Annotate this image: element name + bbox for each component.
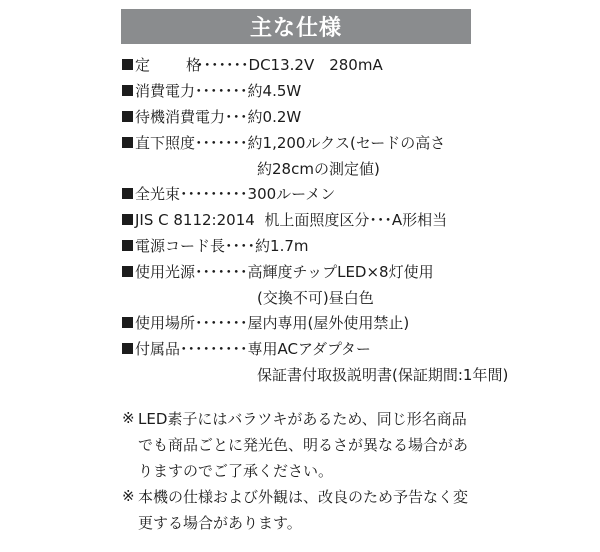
note-line: でも商品ごとに発光色、明るさが異なる場合があ (122, 431, 592, 457)
spec-value: 300ルーメン (248, 183, 336, 204)
reference-mark-icon: ※ (122, 409, 138, 427)
section-title: 主な仕様 (250, 11, 342, 42)
square-bullet-icon (122, 59, 133, 70)
note-text: 本機の仕様および外観は、改良のため予告なく変 (138, 486, 468, 507)
square-bullet-icon (122, 137, 133, 148)
note-line: 更する場合があります。 (122, 509, 592, 535)
spec-row-accessories: 付属品 ･････････ 専用ACアダプター (122, 336, 592, 362)
spec-value: 約4.5W (248, 80, 302, 101)
leader-dots: ･･･････ (195, 80, 248, 101)
spec-label: 使用光源 (135, 261, 195, 282)
note-line: ※ 本機の仕様および外観は、改良のため予告なく変 (122, 483, 592, 509)
square-bullet-icon (122, 111, 133, 122)
spec-label: 待機消費電力 (135, 106, 225, 127)
spec-row-standby-power: 待機消費電力 ･･･ 約0.2W (122, 104, 592, 130)
square-bullet-icon (122, 188, 133, 199)
leader-dots: ･･･ (369, 209, 392, 230)
spec-list: 定格 ･･･････ DC13.2V 280mA 消費電力 ･･･････ 約4… (122, 52, 592, 387)
spec-label: 消費電力 (135, 80, 195, 101)
spec-continuation: 保証書付取扱説明書(保証期間:1年間) (122, 362, 592, 388)
spec-value: 約1.7m (255, 235, 308, 256)
spec-value-continuation: 約28cmの測定値) (257, 158, 380, 179)
note-text: でも商品ごとに発光色、明るさが異なる場合があ (138, 434, 468, 455)
leader-dots: ･･･････ (195, 132, 248, 153)
spec-value-continuation: (交換不可)昼白色 (257, 287, 374, 308)
spec-label: 使用場所 (135, 312, 195, 333)
note-text: LED素子にはバラツキがあるため、同じ形名商品 (138, 408, 467, 429)
spec-row-jis-classification: JIS C 8112:2014 机上面照度区分 ･･･ A形相当 (122, 207, 592, 233)
spec-row-illuminance: 直下照度 ･･･････ 約1,200ルクス(セードの高さ (122, 129, 592, 155)
square-bullet-icon (122, 266, 133, 277)
spec-row-power-consumption: 消費電力 ･･･････ 約4.5W (122, 78, 592, 104)
leader-dots: ･････････ (180, 183, 248, 204)
square-bullet-icon (122, 85, 133, 96)
spec-row-usage-location: 使用場所 ･･･････ 屋内専用(屋外使用禁止) (122, 310, 592, 336)
leader-dots: ･･･････ (195, 261, 248, 282)
square-bullet-icon (122, 214, 133, 225)
spec-value: 約0.2W (248, 106, 302, 127)
leader-dots: ････ (225, 235, 255, 256)
spec-label: 全光束 (135, 183, 180, 204)
spec-label: 付属品 (135, 338, 180, 359)
spec-label: 直下照度 (135, 132, 195, 153)
note-text: りますのでご了承ください。 (138, 460, 333, 481)
note-text: 更する場合があります。 (138, 512, 302, 533)
spec-row-cord-length: 電源コード長 ････ 約1.7m (122, 233, 592, 259)
leader-dots: ･････････ (180, 338, 248, 359)
spec-label: JIS C 8112:2014 机上面照度区分 (135, 209, 369, 230)
spec-value: A形相当 (392, 209, 447, 230)
spec-row-luminous-flux: 全光束 ･････････ 300ルーメン (122, 181, 592, 207)
reference-mark-icon: ※ (122, 487, 138, 505)
square-bullet-icon (122, 343, 133, 354)
spec-row-rating: 定格 ･･･････ DC13.2V 280mA (122, 52, 592, 78)
leader-dots: ･･･････ (195, 312, 248, 333)
note-line: りますのでご了承ください。 (122, 457, 592, 483)
spec-label: 電源コード長 (135, 235, 225, 256)
leader-dots: ･･･････ (196, 54, 249, 75)
square-bullet-icon (122, 317, 133, 328)
notes-section: ※ LED素子にはバラツキがあるため、同じ形名商品 でも商品ごとに発光色、明るさ… (122, 405, 592, 535)
spec-value: DC13.2V 280mA (249, 54, 383, 75)
leader-dots: ･･･ (225, 106, 248, 127)
spec-value: 約1,200ルクス(セードの高さ (248, 132, 446, 153)
spec-value: 屋内専用(屋外使用禁止) (248, 312, 410, 333)
spec-continuation: 約28cmの測定値) (122, 155, 592, 181)
spec-row-light-source: 使用光源 ･･･････ 高輝度チップLED×8灯使用 (122, 258, 592, 284)
spec-value-continuation: 保証書付取扱説明書(保証期間:1年間) (257, 364, 508, 385)
square-bullet-icon (122, 240, 133, 251)
spec-continuation: (交換不可)昼白色 (122, 284, 592, 310)
section-header: 主な仕様 (121, 9, 471, 44)
spec-value: 専用ACアダプター (248, 338, 371, 359)
spec-value: 高輝度チップLED×8灯使用 (248, 261, 434, 282)
note-line: ※ LED素子にはバラツキがあるため、同じ形名商品 (122, 405, 592, 431)
